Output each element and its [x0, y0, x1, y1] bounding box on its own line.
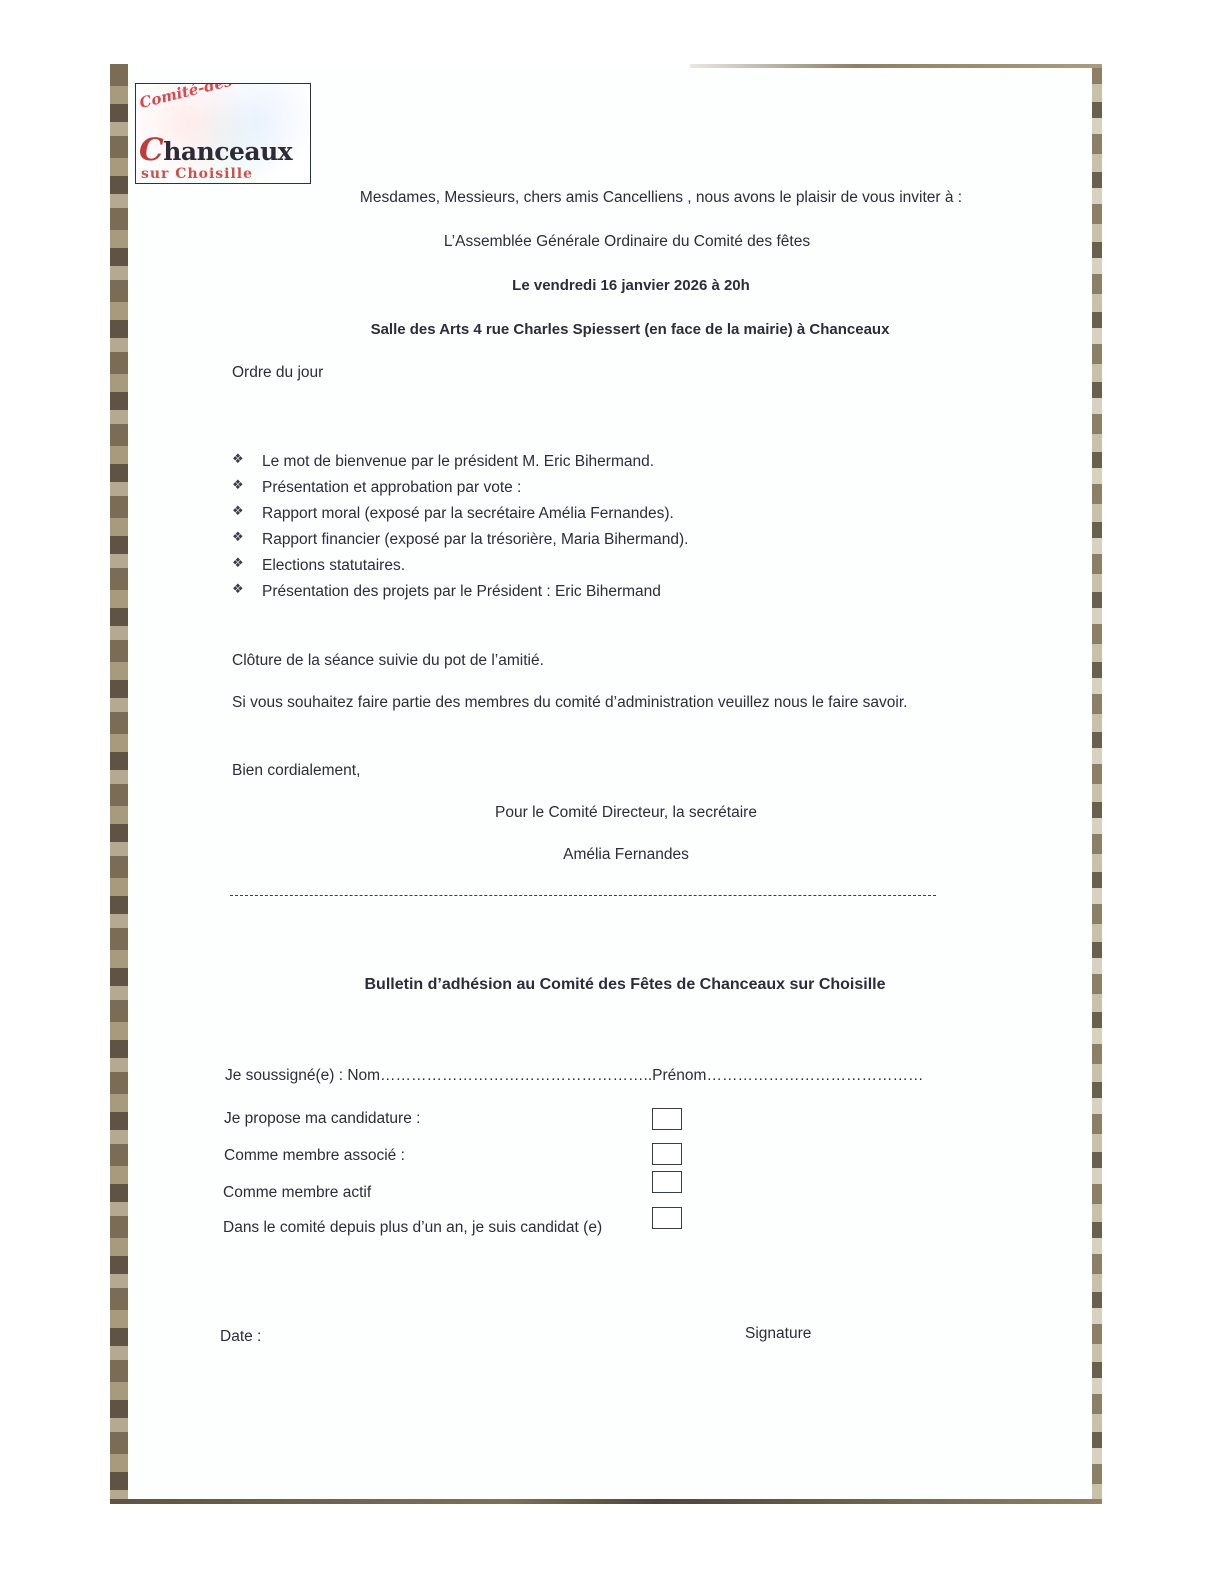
admin-invite-text: Si vous souhaitez faire partie des membr…	[232, 695, 907, 711]
name-firstname-field[interactable]: Je soussigné(e) : Nom……………………………………………..…	[225, 1068, 923, 1084]
agenda-heading: Ordre du jour	[232, 365, 323, 381]
background-surface-left	[110, 64, 128, 1504]
event-title: L’Assemblée Générale Ordinaire du Comité…	[444, 234, 810, 250]
logo-cap-letter: C	[139, 132, 163, 168]
cloture-text: Clôture de la séance suivie du pot de l’…	[232, 653, 544, 669]
greeting-text: Mesdames, Messieurs, chers amis Cancelli…	[360, 190, 962, 206]
event-date: Le vendredi 16 janvier 2026 à 20h	[512, 278, 750, 293]
option-label-candidature: Je propose ma candidature :	[224, 1111, 420, 1127]
option-label-candidat-ancien: Dans le comité depuis plus d’un an, je s…	[223, 1220, 602, 1236]
agenda-item: Présentation des projets par le Présiden…	[262, 584, 661, 600]
cut-line-separator	[230, 895, 936, 896]
four-diamond-bullet-icon: ❖	[232, 477, 244, 493]
signatory-role: Pour le Comité Directeur, la secrétaire	[495, 805, 757, 821]
four-diamond-bullet-icon: ❖	[232, 451, 244, 467]
logo-word-rest: hanceaux	[163, 137, 292, 166]
option-label-membre-actif: Comme membre actif	[223, 1185, 371, 1201]
checkbox-candidature[interactable]	[652, 1108, 682, 1130]
signatory-name: Amélia Fernandes	[563, 847, 689, 863]
committee-logo: Comité-des Fêtes Chanceaux sur Choisille	[135, 83, 311, 184]
option-label-membre-associe: Comme membre associé :	[224, 1148, 405, 1164]
salutation-text: Bien cordialement,	[232, 763, 360, 779]
agenda-item: Présentation et approbation par vote :	[262, 480, 521, 496]
checkbox-membre-associe[interactable]	[652, 1143, 682, 1165]
agenda-item: Rapport moral (exposé par la secrétaire …	[262, 506, 674, 522]
logo-line-chanceaux: Chanceaux	[139, 132, 292, 168]
background-surface-bottom	[110, 1499, 1102, 1504]
form-title: Bulletin d’adhésion au Comité des Fêtes …	[364, 977, 885, 993]
four-diamond-bullet-icon: ❖	[232, 581, 244, 597]
event-location: Salle des Arts 4 rue Charles Spiessert (…	[371, 322, 890, 337]
checkbox-candidat-ancien[interactable]	[652, 1207, 682, 1229]
four-diamond-bullet-icon: ❖	[232, 503, 244, 519]
four-diamond-bullet-icon: ❖	[232, 529, 244, 545]
agenda-item: Rapport financier (exposé par la trésori…	[262, 532, 688, 548]
logo-line-choisille: sur Choisille	[141, 166, 253, 182]
background-surface-right	[1092, 64, 1102, 1504]
agenda-item: Le mot de bienvenue par le président M. …	[262, 454, 654, 470]
checkbox-membre-actif[interactable]	[652, 1171, 682, 1193]
signature-field-label: Signature	[745, 1326, 811, 1342]
date-field-label: Date :	[220, 1329, 261, 1345]
logo-line-comite: Comité-des Fêtes	[138, 83, 282, 112]
agenda-item: Elections statutaires.	[262, 558, 405, 574]
four-diamond-bullet-icon: ❖	[232, 555, 244, 571]
